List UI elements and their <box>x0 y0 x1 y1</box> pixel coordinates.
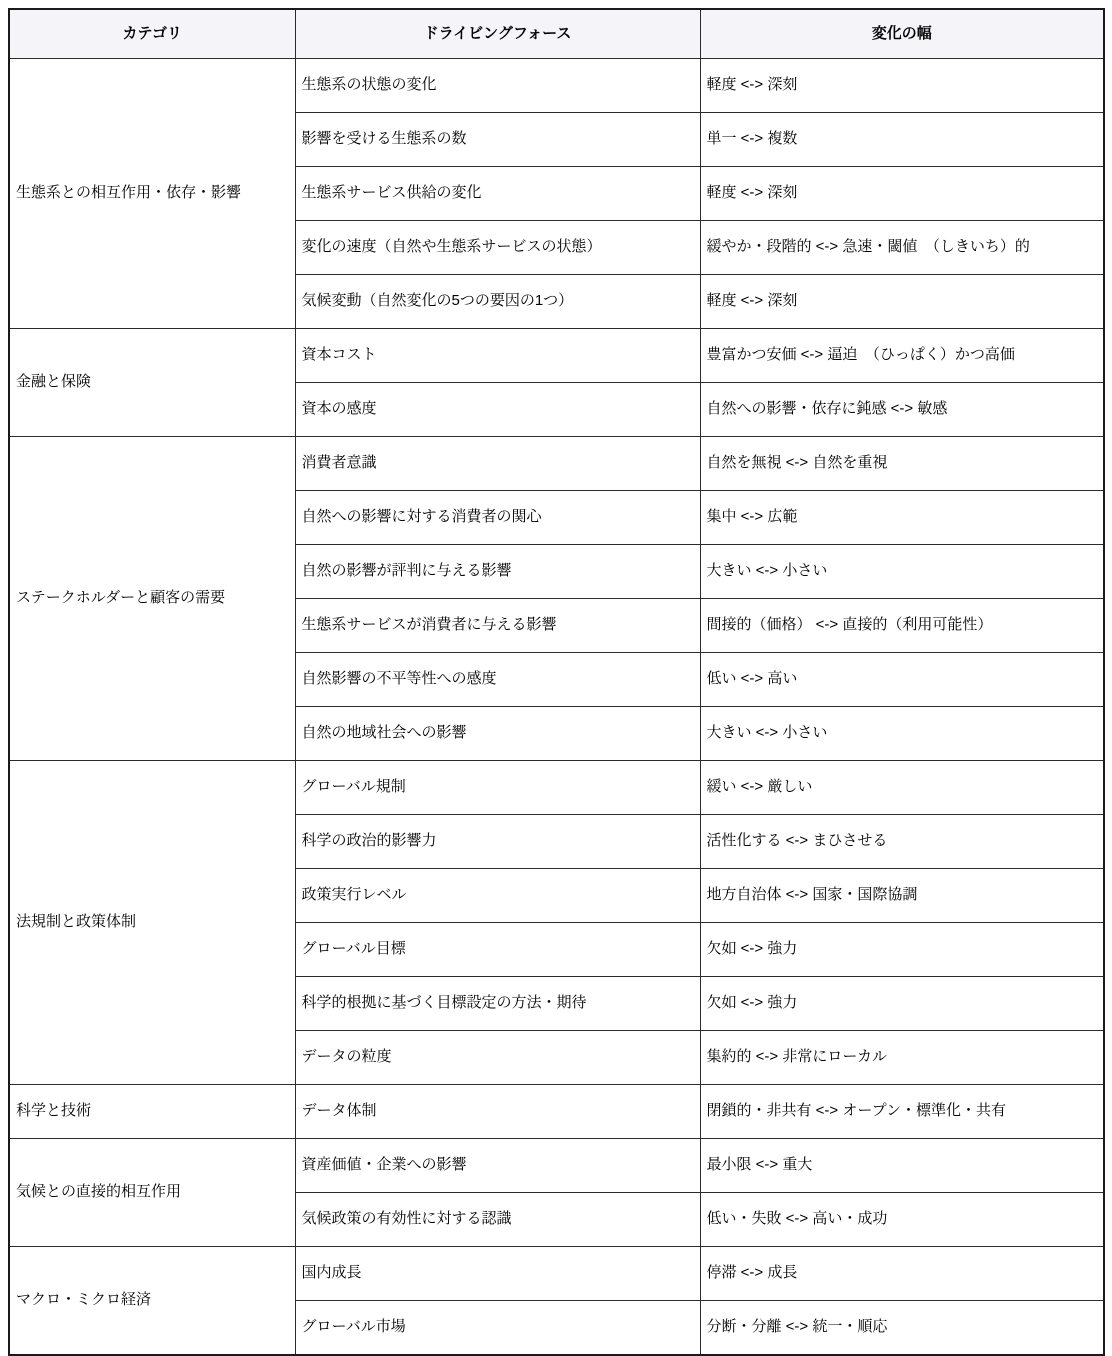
change-range-cell: 閉鎖的・非共有 <-> オープン・標準化・共有 <box>700 1085 1104 1139</box>
driving-force-cell: 気候政策の有効性に対する認識 <box>295 1193 700 1247</box>
change-range-cell: 集約的 <-> 非常にローカル <box>700 1031 1104 1085</box>
header-change-range: 変化の幅 <box>700 9 1104 59</box>
change-range-cell: 単一 <-> 複数 <box>700 113 1104 167</box>
driving-forces-table: カテゴリ ドライビングフォース 変化の幅 生態系との相互作用・依存・影響生態系の… <box>8 8 1105 1356</box>
category-cell: 気候との直接的相互作用 <box>9 1139 295 1247</box>
change-range-cell: 自然への影響・依存に鈍感 <-> 敏感 <box>700 383 1104 437</box>
driving-force-cell: データの粒度 <box>295 1031 700 1085</box>
driving-force-cell: 自然の地域社会への影響 <box>295 707 700 761</box>
driving-force-cell: 気候変動（自然変化の5つの要因の1つ） <box>295 275 700 329</box>
change-range-cell: 軽度 <-> 深刻 <box>700 275 1104 329</box>
header-category: カテゴリ <box>9 9 295 59</box>
driving-force-cell: 自然への影響に対する消費者の関心 <box>295 491 700 545</box>
change-range-cell: 地方自治体 <-> 国家・国際協調 <box>700 869 1104 923</box>
change-range-cell: 活性化する <-> まひさせる <box>700 815 1104 869</box>
table-row: 法規制と政策体制グローバル規制緩い <-> 厳しい <box>9 761 1104 815</box>
driving-force-cell: 消費者意識 <box>295 437 700 491</box>
driving-forces-table-wrap: カテゴリ ドライビングフォース 変化の幅 生態系との相互作用・依存・影響生態系の… <box>8 8 1105 1356</box>
table-row: 金融と保険資本コスト豊富かつ安価 <-> 逼迫 （ひっぱく）かつ高価 <box>9 329 1104 383</box>
change-range-cell: 欠如 <-> 強力 <box>700 977 1104 1031</box>
change-range-cell: 緩い <-> 厳しい <box>700 761 1104 815</box>
driving-force-cell: グローバル市場 <box>295 1301 700 1356</box>
driving-force-cell: 生態系サービス供給の変化 <box>295 167 700 221</box>
change-range-cell: 緩やか・段階的 <-> 急速・閾値 （しきいち）的 <box>700 221 1104 275</box>
table-row: 生態系との相互作用・依存・影響生態系の状態の変化軽度 <-> 深刻 <box>9 59 1104 113</box>
table-row: 気候との直接的相互作用資産価値・企業への影響最小限 <-> 重大 <box>9 1139 1104 1193</box>
category-cell: 科学と技術 <box>9 1085 295 1139</box>
header-row: カテゴリ ドライビングフォース 変化の幅 <box>9 9 1104 59</box>
category-cell: マクロ・ミクロ経済 <box>9 1247 295 1356</box>
driving-force-cell: 国内成長 <box>295 1247 700 1301</box>
change-range-cell: 豊富かつ安価 <-> 逼迫 （ひっぱく）かつ高価 <box>700 329 1104 383</box>
change-range-cell: 欠如 <-> 強力 <box>700 923 1104 977</box>
category-cell: 法規制と政策体制 <box>9 761 295 1085</box>
driving-force-cell: 科学的根拠に基づく目標設定の方法・期待 <box>295 977 700 1031</box>
table-body: 生態系との相互作用・依存・影響生態系の状態の変化軽度 <-> 深刻影響を受ける生… <box>9 59 1104 1356</box>
table-row: マクロ・ミクロ経済国内成長停滞 <-> 成長 <box>9 1247 1104 1301</box>
table-header: カテゴリ ドライビングフォース 変化の幅 <box>9 9 1104 59</box>
change-range-cell: 分断・分離 <-> 統一・順応 <box>700 1301 1104 1356</box>
category-cell: ステークホルダーと顧客の需要 <box>9 437 295 761</box>
change-range-cell: 大きい <-> 小さい <box>700 545 1104 599</box>
table-row: 科学と技術データ体制閉鎖的・非共有 <-> オープン・標準化・共有 <box>9 1085 1104 1139</box>
driving-force-cell: 影響を受ける生態系の数 <box>295 113 700 167</box>
change-range-cell: 大きい <-> 小さい <box>700 707 1104 761</box>
driving-force-cell: 自然の影響が評判に与える影響 <box>295 545 700 599</box>
driving-force-cell: データ体制 <box>295 1085 700 1139</box>
change-range-cell: 低い・失敗 <-> 高い・成功 <box>700 1193 1104 1247</box>
header-driving-force: ドライビングフォース <box>295 9 700 59</box>
change-range-cell: 停滞 <-> 成長 <box>700 1247 1104 1301</box>
change-range-cell: 軽度 <-> 深刻 <box>700 167 1104 221</box>
driving-force-cell: 資本の感度 <box>295 383 700 437</box>
driving-force-cell: 生態系の状態の変化 <box>295 59 700 113</box>
table-row: ステークホルダーと顧客の需要消費者意識自然を無視 <-> 自然を重視 <box>9 437 1104 491</box>
driving-force-cell: 生態系サービスが消費者に与える影響 <box>295 599 700 653</box>
driving-force-cell: グローバル目標 <box>295 923 700 977</box>
change-range-cell: 間接的（価格） <-> 直接的（利用可能性） <box>700 599 1104 653</box>
change-range-cell: 最小限 <-> 重大 <box>700 1139 1104 1193</box>
change-range-cell: 軽度 <-> 深刻 <box>700 59 1104 113</box>
driving-force-cell: 変化の速度（自然や生態系サービスの状態） <box>295 221 700 275</box>
driving-force-cell: 自然影響の不平等性への感度 <box>295 653 700 707</box>
change-range-cell: 集中 <-> 広範 <box>700 491 1104 545</box>
driving-force-cell: 科学の政治的影響力 <box>295 815 700 869</box>
change-range-cell: 低い <-> 高い <box>700 653 1104 707</box>
driving-force-cell: 資産価値・企業への影響 <box>295 1139 700 1193</box>
category-cell: 金融と保険 <box>9 329 295 437</box>
driving-force-cell: 政策実行レベル <box>295 869 700 923</box>
driving-force-cell: グローバル規制 <box>295 761 700 815</box>
driving-force-cell: 資本コスト <box>295 329 700 383</box>
category-cell: 生態系との相互作用・依存・影響 <box>9 59 295 329</box>
change-range-cell: 自然を無視 <-> 自然を重視 <box>700 437 1104 491</box>
